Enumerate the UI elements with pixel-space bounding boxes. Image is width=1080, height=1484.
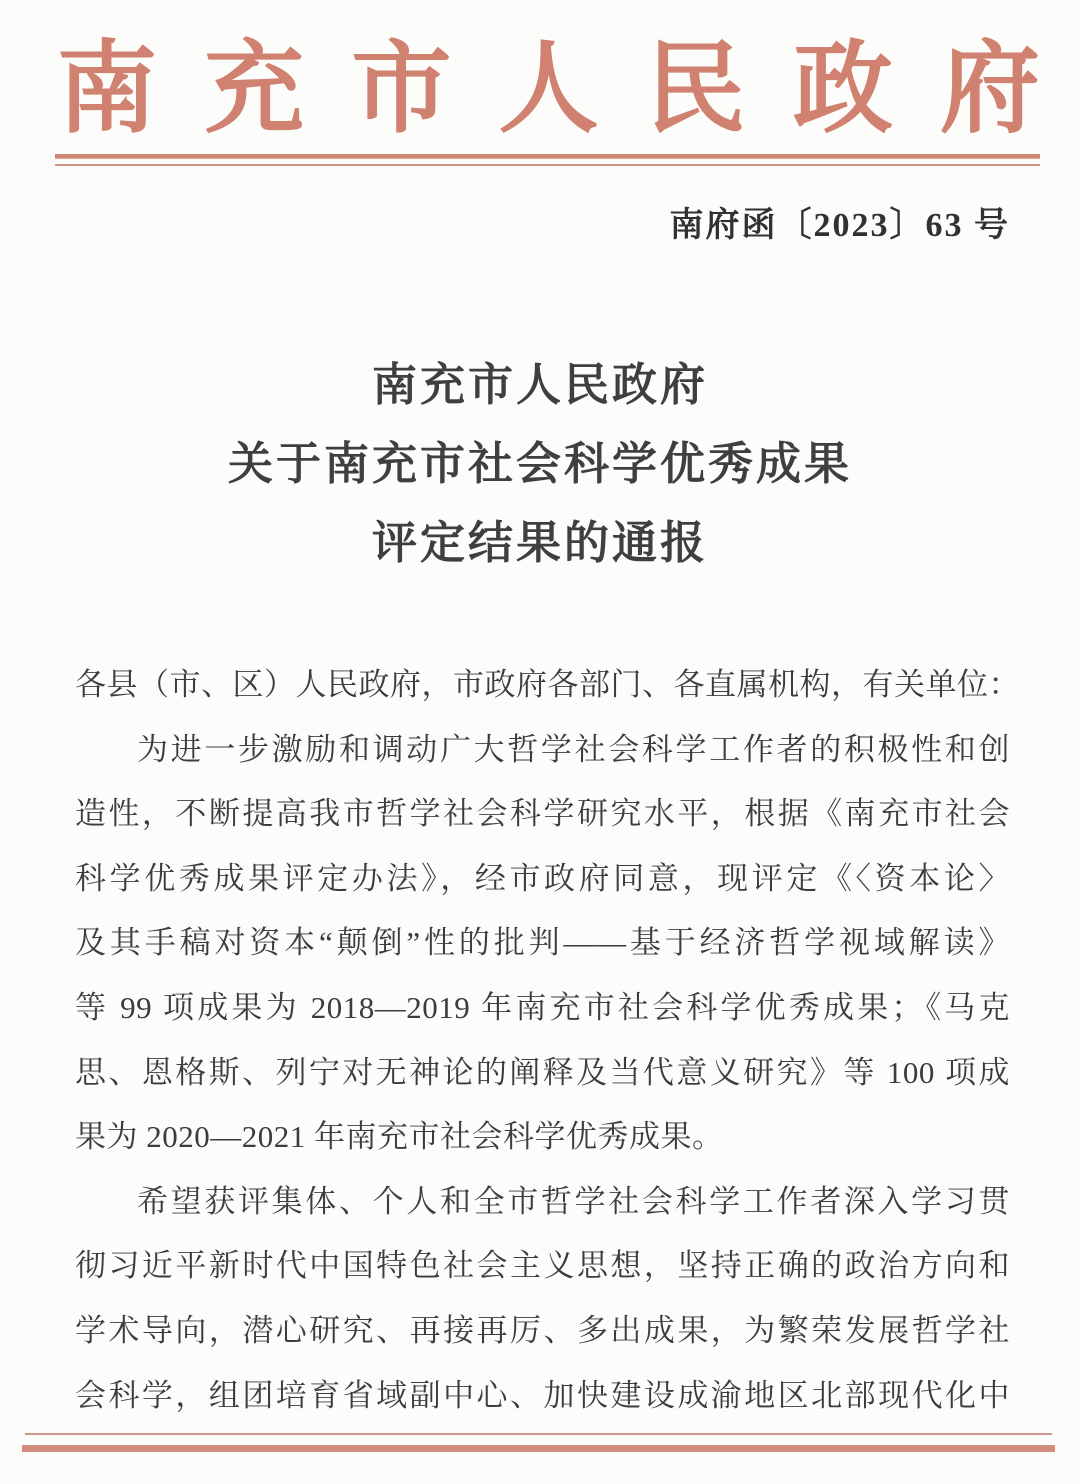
title-line-2: 关于南充市社会科学优秀成果 [0, 425, 1080, 504]
footer-rule-thick [22, 1445, 1055, 1452]
agency-name: 南充市人民政府 [57, 34, 1040, 146]
footer-rule-thin [25, 1433, 1052, 1435]
body-line: 果为 2020—2021 年南充市社会科学优秀成果。 [75, 1105, 1010, 1170]
document-page: 南充市人民政府 南府函〔2023〕63 号 南充市人民政府 关于南充市社会科学优… [0, 0, 1080, 1484]
body-line: 为进一步激励和调动广大哲学社会科学工作者的积极性和创 [75, 718, 1010, 783]
letterhead: 南充市人民政府 [57, 34, 1040, 146]
letterhead-rules [55, 154, 1040, 166]
body-line: 等 99 项成果为 2018—2019 年南充市社会科学优秀成果；《马克 [75, 976, 1010, 1041]
title-line-1: 南充市人民政府 [0, 346, 1080, 425]
body-line: 造性，不断提高我市哲学社会科学研究水平，根据《南充市社会 [75, 782, 1010, 847]
letterhead-rule-thin [55, 164, 1040, 166]
body-line-salutation: 各县（市、区）人民政府，市政府各部门、各直属机构，有关单位： [75, 653, 1010, 718]
doc-number: 南府函〔2023〕63 号 [0, 206, 1010, 246]
body-line: 会科学，组团培育省域副中心、加快建设成渝地区北部现代化中 [75, 1364, 1010, 1429]
body-line: 彻习近平新时代中国特色社会主义思想，坚持正确的政治方向和 [75, 1234, 1010, 1299]
document-body: 各县（市、区）人民政府，市政府各部门、各直属机构，有关单位： 为进一步激励和调动… [75, 653, 1010, 1428]
document-title: 南充市人民政府 关于南充市社会科学优秀成果 评定结果的通报 [0, 346, 1080, 583]
body-line: 及其手稿对资本“颠倒”性的批判——基于经济哲学视域解读》 [75, 911, 1010, 976]
letterhead-rule-thick [55, 154, 1040, 159]
title-line-3: 评定结果的通报 [0, 504, 1080, 583]
body-line: 希望获评集体、个人和全市哲学社会科学工作者深入学习贯 [75, 1170, 1010, 1235]
body-line: 思、恩格斯、列宁对无神论的阐释及当代意义研究》等 100 项成 [75, 1041, 1010, 1106]
body-line: 学术导向，潜心研究、再接再厉、多出成果，为繁荣发展哲学社 [75, 1299, 1010, 1364]
body-line: 科学优秀成果评定办法》，经市政府同意，现评定《〈资本论〉 [75, 847, 1010, 912]
